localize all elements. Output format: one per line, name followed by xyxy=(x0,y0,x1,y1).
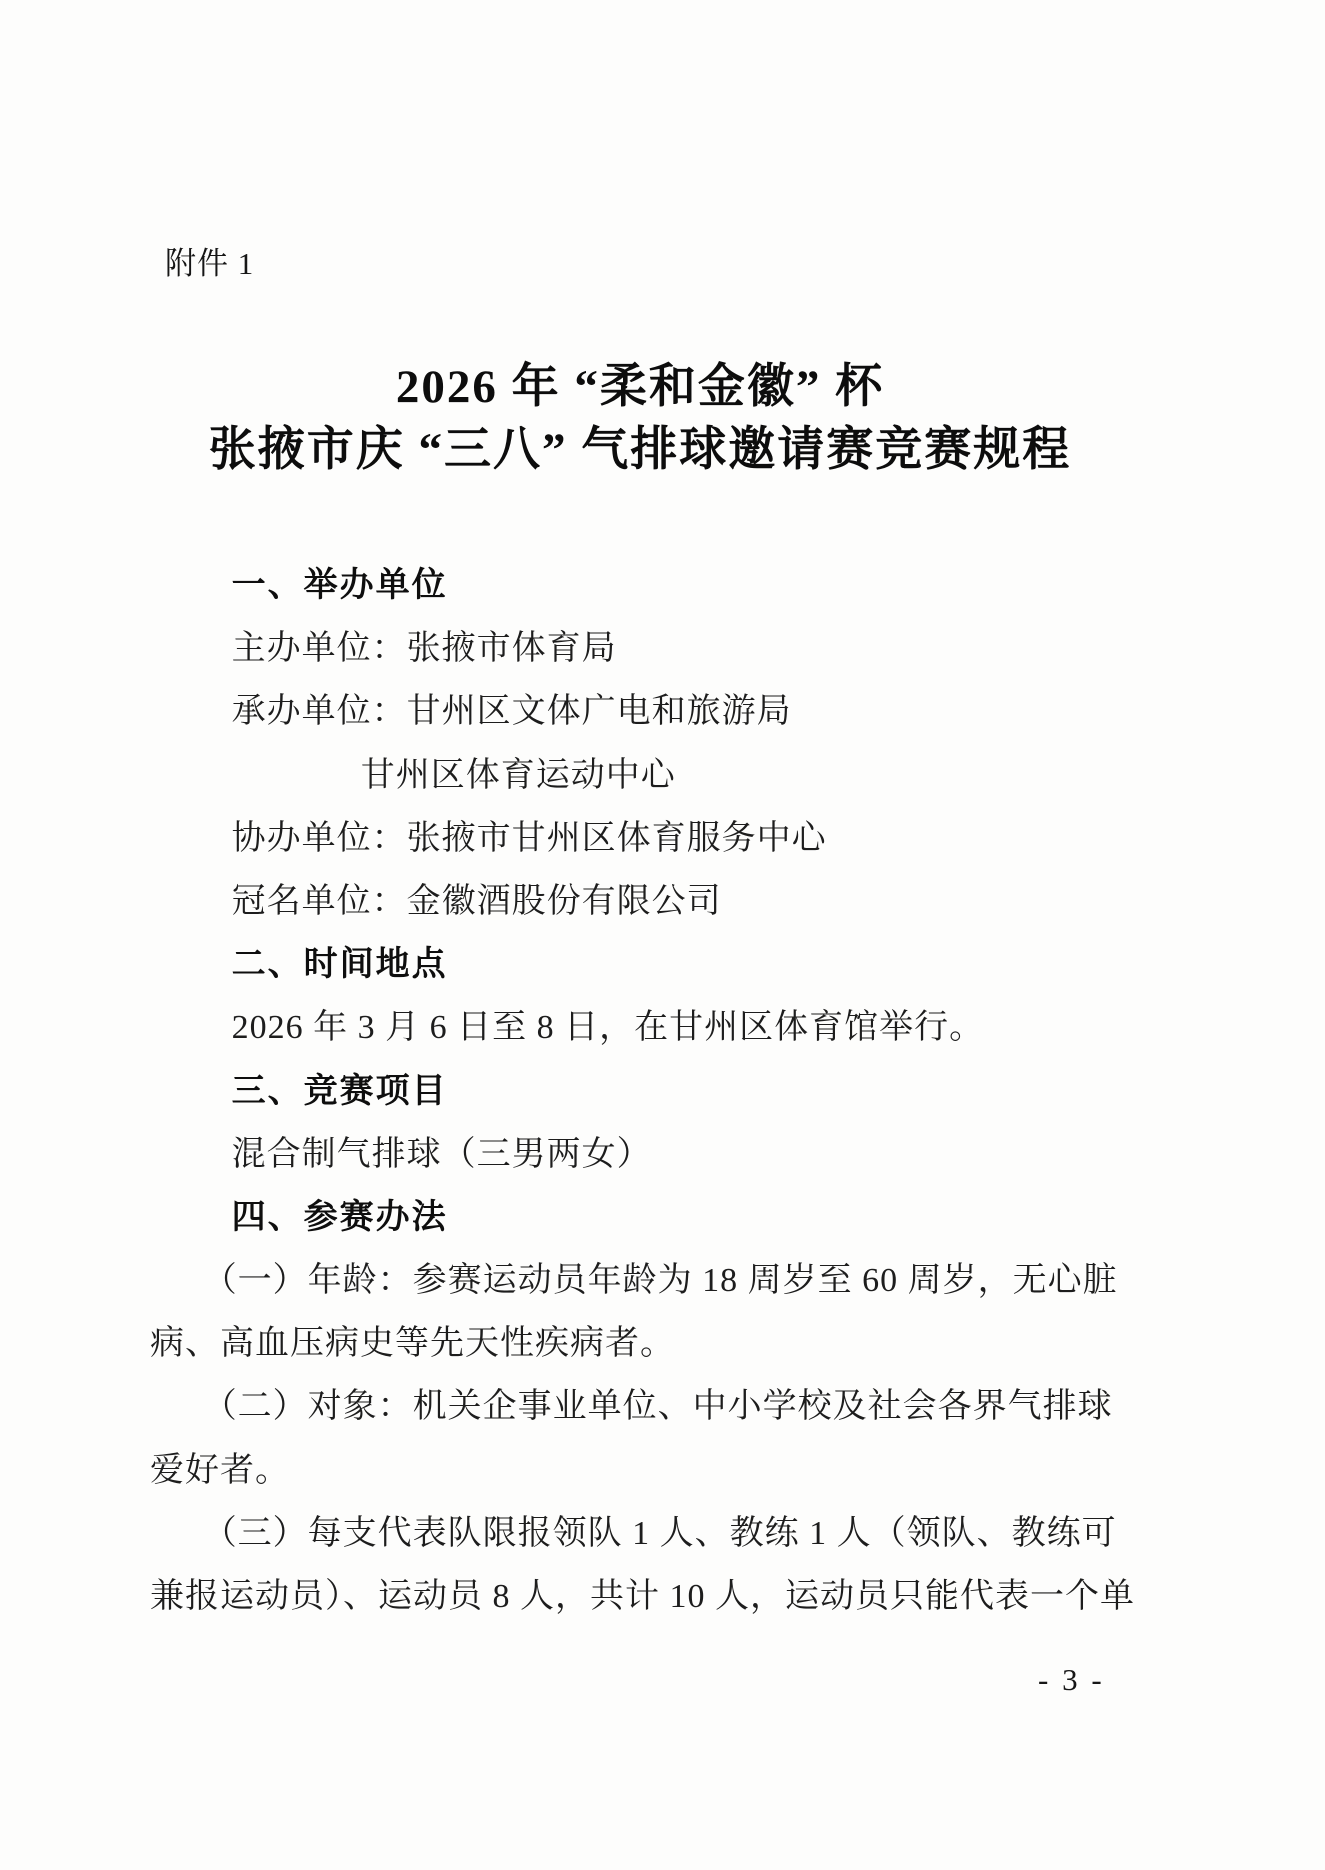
section-heading-time-place: 二、时间地点 xyxy=(150,933,1165,996)
document-body: 一、举办单位 主办单位：张掖市体育局 承办单位：甘州区文体广电和旅游局 甘州区体… xyxy=(150,554,1165,1628)
body-line-rule2-a: （二）对象：机关企事业单位、中小学校及社会各界气排球 xyxy=(150,1375,1165,1438)
title-line-1: 2026 年 “柔和金徽” 杯 xyxy=(0,356,1280,419)
body-line-event: 混合制气排球（三男两女） xyxy=(150,1123,1165,1186)
document-title: 2026 年 “柔和金徽” 杯 张掖市庆 “三八” 气排球邀请赛竞赛规程 xyxy=(0,356,1280,482)
attachment-label: 附件 1 xyxy=(165,238,254,283)
body-line-rule2-b: 爱好者。 xyxy=(150,1439,1165,1502)
body-line-undertaker-unit: 承办单位：甘州区文体广电和旅游局 xyxy=(150,680,1165,743)
page-number: - 3 - xyxy=(1038,1662,1105,1698)
body-line-time-place: 2026 年 3 月 6 日至 8 日，在甘州区体育馆举行。 xyxy=(150,996,1165,1059)
body-line-rule3-b: 兼报运动员）、运动员 8 人，共计 10 人，运动员只能代表一个单 xyxy=(150,1565,1165,1628)
section-heading-events: 三、竞赛项目 xyxy=(150,1060,1165,1123)
body-line-rule3-a: （三）每支代表队限报领队 1 人、教练 1 人（领队、教练可 xyxy=(150,1502,1165,1565)
body-line-rule1-a: （一）年龄：参赛运动员年龄为 18 周岁至 60 周岁，无心脏 xyxy=(150,1249,1165,1312)
body-line-host-unit: 主办单位：张掖市体育局 xyxy=(150,617,1165,680)
body-line-undertaker-cont: 甘州区体育运动中心 xyxy=(150,744,1165,807)
body-line-coorganizer-unit: 协办单位：张掖市甘州区体育服务中心 xyxy=(150,807,1165,870)
section-heading-entry-rules: 四、参赛办法 xyxy=(150,1186,1165,1249)
body-line-rule1-b: 病、高血压病史等先天性疾病者。 xyxy=(150,1312,1165,1375)
body-line-title-sponsor-unit: 冠名单位：金徽酒股份有限公司 xyxy=(150,870,1165,933)
section-heading-organizers: 一、举办单位 xyxy=(150,554,1165,617)
title-line-2: 张掖市庆 “三八” 气排球邀请赛竞赛规程 xyxy=(0,419,1280,482)
scanned-document-page: 附件 1 2026 年 “柔和金徽” 杯 张掖市庆 “三八” 气排球邀请赛竞赛规… xyxy=(0,0,1325,1870)
